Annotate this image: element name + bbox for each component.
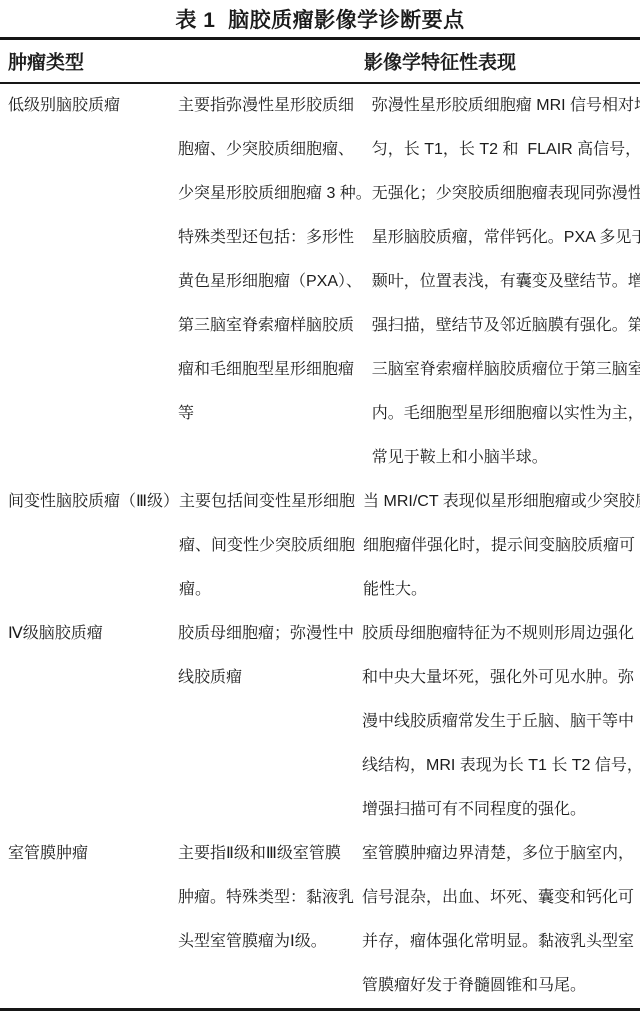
column-header-imaging-features: 影像学特征性表现 [364,48,516,75]
table-row-ependymal-tumor: 室管膜肿瘤 主要指Ⅱ级和Ⅲ级室管膜 肿瘤。特殊类型：黏液乳 头型室管膜瘤为Ⅰ级。… [0,832,640,1008]
table-header-row: 肿瘤类型 影像学特征性表现 [0,40,640,82]
cell-tumor-type: 低级别脑胶质瘤 [0,84,178,128]
column-header-tumor-type: 肿瘤类型 [8,48,84,75]
cell-imaging-features: 弥漫性星形胶质细胞瘤 MRI 信号相对均 匀，长 T1，长 T2 和 FLAIR… [372,84,640,480]
cell-imaging-features: 当 MRI/CT 表现似星形细胞瘤或少突胶质 细胞瘤伴强化时，提示间变脑胶质瘤可… [363,480,640,612]
cell-subtypes: 主要指弥漫性星形胶质细 胞瘤、少突胶质细胞瘤、 少突星形胶质细胞瘤 3 种。 特… [178,84,372,436]
cell-imaging-features: 胶质母细胞瘤特征为不规则形周边强化 和中央大量坏死，强化外可见水肿。弥 漫中线胶… [362,612,640,832]
bottom-rule [0,1008,640,1011]
table-body: 低级别脑胶质瘤 主要指弥漫性星形胶质细 胞瘤、少突胶质细胞瘤、 少突星形胶质细胞… [0,84,640,1008]
table-row-low-grade-glioma: 低级别脑胶质瘤 主要指弥漫性星形胶质细 胞瘤、少突胶质细胞瘤、 少突星形胶质细胞… [0,84,640,480]
cell-subtypes: 胶质母细胞瘤；弥漫性中 线胶质瘤 [178,612,362,700]
cell-tumor-type: 室管膜肿瘤 [0,832,178,876]
cell-tumor-type: 间变性脑胶质瘤（Ⅲ级） [0,480,179,524]
table-title: 表 1 脑胶质瘤影像学诊断要点 [0,0,640,37]
glioma-imaging-table-page: 表 1 脑胶质瘤影像学诊断要点 肿瘤类型 影像学特征性表现 低级别脑胶质瘤 主要… [0,0,640,1015]
table-row-anaplastic-glioma: 间变性脑胶质瘤（Ⅲ级） 主要包括间变性星形细胞 瘤、间变性少突胶质细胞 瘤。 当… [0,480,640,612]
cell-subtypes: 主要指Ⅱ级和Ⅲ级室管膜 肿瘤。特殊类型：黏液乳 头型室管膜瘤为Ⅰ级。 [178,832,362,964]
table-row-grade4-glioma: Ⅳ级脑胶质瘤 胶质母细胞瘤；弥漫性中 线胶质瘤 胶质母细胞瘤特征为不规则形周边强… [0,612,640,832]
cell-imaging-features: 室管膜肿瘤边界清楚，多位于脑室内， 信号混杂，出血、坏死、囊变和钙化可 并存，瘤… [362,832,640,1008]
cell-subtypes: 主要包括间变性星形细胞 瘤、间变性少突胶质细胞 瘤。 [179,480,363,612]
cell-tumor-type: Ⅳ级脑胶质瘤 [0,612,178,656]
